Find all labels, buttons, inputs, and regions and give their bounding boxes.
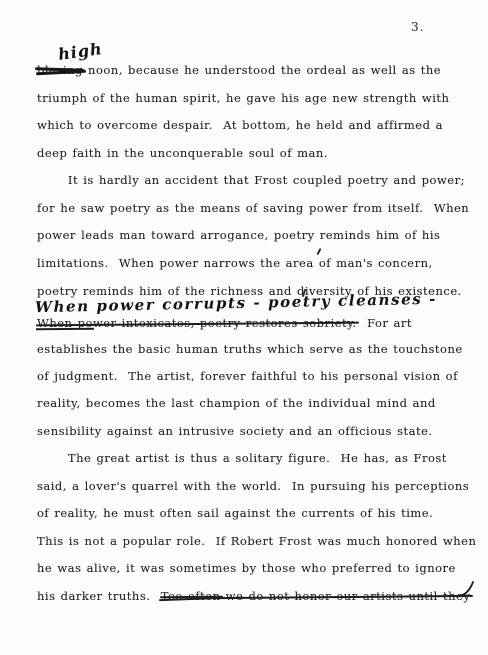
- typed-line-3: which to overcome despair. At bottom, he…: [37, 118, 443, 132]
- typed-line-8: limitations. When power narrows the area…: [37, 256, 433, 270]
- typed-line-12: of judgment. The artist, forever faithfu…: [37, 369, 458, 383]
- typed-text: noon, because he understood the ordeal a…: [83, 63, 441, 77]
- typed-line-20: his darker truths. Too often we do not h…: [37, 589, 470, 603]
- typed-line-6: for he saw poetry as the means of saving…: [37, 201, 469, 215]
- typed-line-11: establishes the basic human truths which…: [37, 342, 463, 356]
- struck-words-too-often: Too often: [161, 589, 221, 603]
- typed-line-17: of reality, he must often sail against t…: [37, 506, 433, 520]
- typed-line-13: reality, becomes the last champion of th…: [37, 396, 436, 410]
- stray-pen-tick: [316, 248, 321, 255]
- typed-line-4: deep faith in the unconquerable soul of …: [37, 146, 328, 160]
- typed-line-18: This is not a popular role. If Robert Fr…: [37, 534, 476, 548]
- typed-line-15: The great artist is thus a solitary figu…: [37, 451, 447, 465]
- page-number: 3.: [411, 20, 424, 34]
- typed-line-5: It is hardly an accident that Frost coup…: [37, 173, 465, 187]
- pen-strike-hook: [458, 581, 476, 599]
- handwritten-correction-high: high: [57, 39, 104, 64]
- typed-line-16: said, a lover's quarrel with the world. …: [37, 479, 469, 493]
- typed-line-19: he was alive, it was sometimes by those …: [37, 561, 456, 575]
- typed-text: his darker truths.: [37, 589, 161, 603]
- struck-word-blazing: blazing: [37, 63, 83, 77]
- typed-line-14: sensibility against an intrusive society…: [37, 424, 433, 438]
- typed-line-2: triumph of the human spirit, he gave his…: [37, 91, 449, 105]
- document-page: 3. high blazing noon, because he underst…: [0, 0, 488, 655]
- typed-line-7: power leads man toward arrogance, poetry…: [37, 228, 440, 242]
- typed-text: For art: [357, 316, 412, 330]
- typed-line-1: blazing noon, because he understood the …: [37, 63, 441, 77]
- struck-phrase-honor-artists: we do not honor our artists until they: [221, 589, 471, 603]
